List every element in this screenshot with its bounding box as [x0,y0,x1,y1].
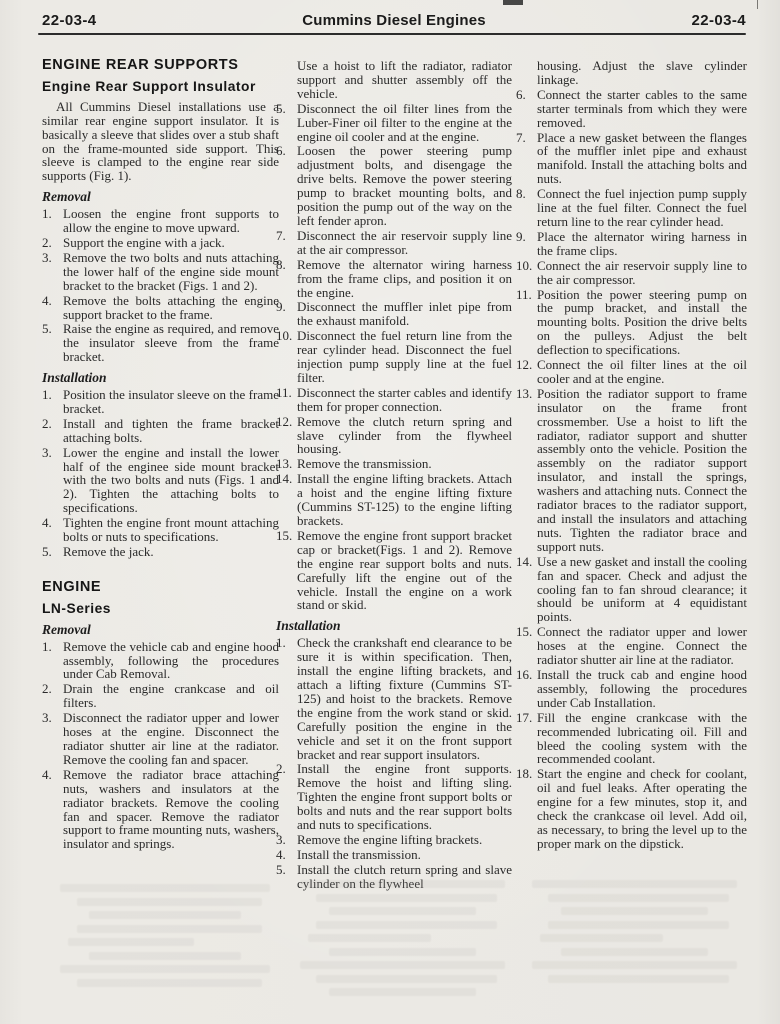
list-item-text: Support the engine with a jack. [63,236,279,250]
list-item-number: 1. [42,207,63,235]
list-item-text: Position the insulator sleeve on the fra… [63,388,279,416]
list-item: 4.Remove the bolts attaching the engine … [42,294,279,322]
list-item-text: Install the engine front supports. Remov… [297,762,512,832]
list-item: 3.Disconnect the radiator upper and lowe… [42,711,279,767]
list-item-text: Remove the clutch return spring and slav… [297,415,512,457]
continuation-paragraph: housing. Adjust the slave cylinder linka… [516,59,747,87]
column-center: Use a hoist to lift the radiator, radiat… [276,59,512,892]
list-item: 2.Install and tighten the frame bracket … [42,417,279,445]
list-item: 17.Fill the engine crankcase with the re… [516,711,747,767]
column-right: housing. Adjust the slave cylinder linka… [516,59,747,852]
list-item: 18.Start the engine and check for coolan… [516,767,747,850]
section-heading: ENGINE REAR SUPPORTS [42,59,279,73]
list-item: 15.Remove the engine front support brack… [276,529,512,612]
list-item-number: 12. [516,358,537,386]
list-item-text: Lower the engine and install the lower h… [63,446,279,516]
list-item-text: Connect the air reservoir supply line to… [537,259,747,287]
numbered-list: 1.Check the crankshaft end clearance to … [276,636,512,890]
list-item-text: Loosen the power steering pump adjustmen… [297,144,512,227]
list-item: 3.Lower the engine and install the lower… [42,446,279,516]
list-item: 8.Connect the fuel injection pump supply… [516,187,747,229]
list-item-number: 5. [42,545,63,559]
procedure-heading: Removal [42,190,279,204]
list-item-number: 12. [276,415,297,457]
list-item-text: Start the engine and check for coolant, … [537,767,747,850]
list-item-text: Disconnect the radiator upper and lower … [63,711,279,767]
list-item-number: 7. [276,229,297,257]
list-item-text: Loosen the engine front supports to allo… [63,207,279,235]
list-item-number: 3. [42,251,63,293]
list-item-number: 2. [42,236,63,250]
list-item-number: 6. [276,144,297,227]
list-item-number: 14. [276,472,297,528]
procedure-heading: Installation [276,619,512,633]
list-item: 2.Install the engine front supports. Rem… [276,762,512,832]
scan-artifact-mark [503,0,523,5]
bleed-through-ghost-text [60,884,270,992]
list-item-text: Install and tighten the frame bracket at… [63,417,279,445]
list-item: 13.Remove the transmission. [276,457,512,471]
page-header: 22-03-4 Cummins Diesel Engines 22-03-4 [42,10,746,32]
numbered-list: 1.Loosen the engine front supports to al… [42,207,279,364]
list-item: 6.Connect the starter cables to the same… [516,88,747,130]
list-item-text: Remove the transmission. [297,457,512,471]
list-item: 15.Connect the radiator upper and lower … [516,625,747,667]
list-item-text: Remove the jack. [63,545,279,559]
list-item-number: 16. [516,668,537,710]
page-number-right: 22-03-4 [691,12,746,29]
sub-heading: LN-Series [42,602,279,616]
list-item-text: Disconnect the starter cables and identi… [297,386,512,414]
list-item-text: Remove the engine lifting brackets. [297,833,512,847]
list-item-number: 17. [516,711,537,767]
list-item-text: Tighten the engine front mount attaching… [63,516,279,544]
list-item-text: Use a new gasket and install the cooling… [537,555,747,625]
list-item-number: 3. [276,833,297,847]
list-item: 3.Remove the two bolts and nuts attachin… [42,251,279,293]
list-item-number: 8. [276,258,297,300]
list-item: 5.Remove the jack. [42,545,279,559]
list-item-number: 11. [516,288,537,358]
header-rule [38,33,746,35]
list-item: 14.Use a new gasket and install the cool… [516,555,747,625]
numbered-list: 1.Remove the vehicle cab and engine hood… [42,640,279,852]
list-item-number: 11. [276,386,297,414]
list-item-number: 15. [516,625,537,667]
list-item-number: 4. [42,294,63,322]
list-item-number: 18. [516,767,537,850]
list-item-text: Drain the engine crankcase and oil filte… [63,682,279,710]
list-item-text: Check the crankshaft end clearance to be… [297,636,512,761]
list-item: 3.Remove the engine lifting brackets. [276,833,512,847]
list-item: 5.Raise the engine as required, and remo… [42,322,279,364]
list-item-number: 14. [516,555,537,625]
list-item-text: Disconnect the fuel return line from the… [297,329,512,385]
list-item: 2.Support the engine with a jack. [42,236,279,250]
list-item-text: Connect the radiator upper and lower hos… [537,625,747,667]
paragraph: All Cummins Diesel installations use a s… [42,100,279,183]
list-item-text: Connect the oil filter lines at the oil … [537,358,747,386]
column-left: ENGINE REAR SUPPORTSEngine Rear Support … [42,59,279,852]
list-item: 5.Disconnect the oil filter lines from t… [276,102,512,144]
list-item-number: 2. [42,682,63,710]
page-title: Cummins Diesel Engines [42,12,746,29]
list-item-number: 13. [276,457,297,471]
list-item: 11.Disconnect the starter cables and ide… [276,386,512,414]
list-item-text: Remove the two bolts and nuts attaching … [63,251,279,293]
list-item-text: Install the truck cab and engine hood as… [537,668,747,710]
list-item: 4.Tighten the engine front mount attachi… [42,516,279,544]
list-item: 7.Disconnect the air reservoir supply li… [276,229,512,257]
list-item: 8.Remove the alternator wiring harness f… [276,258,512,300]
list-item-text: Disconnect the oil filter lines from the… [297,102,512,144]
list-item-number: 10. [276,329,297,385]
list-item-number: 9. [516,230,537,258]
list-item-text: Remove the alternator wiring harness fro… [297,258,512,300]
list-item: 12.Remove the clutch return spring and s… [276,415,512,457]
list-item-text: Raise the engine as required, and remove… [63,322,279,364]
list-item: 4.Install the transmission. [276,848,512,862]
list-item-number: 3. [42,711,63,767]
list-item: 16.Install the truck cab and engine hood… [516,668,747,710]
bleed-through-ghost-text [532,880,737,988]
list-item: 12.Connect the oil filter lines at the o… [516,358,747,386]
list-item-text: Remove the bolts attaching the engine su… [63,294,279,322]
continuation-paragraph: Use a hoist to lift the radiator, radiat… [276,59,512,101]
list-item: 9.Disconnect the muffler inlet pipe from… [276,300,512,328]
numbered-list: 6.Connect the starter cables to the same… [516,88,747,851]
list-item-text: Place a new gasket between the flanges o… [537,131,747,187]
sub-heading: Engine Rear Support Insulator [42,80,279,94]
list-item-text: Fill the engine crankcase with the recom… [537,711,747,767]
list-item: 1.Position the insulator sleeve on the f… [42,388,279,416]
list-item-number: 13. [516,387,537,554]
list-item-text: Place the alternator wiring harness in t… [537,230,747,258]
list-item: 1.Remove the vehicle cab and engine hood… [42,640,279,682]
section-heading: ENGINE [42,581,279,595]
list-item-number: 4. [42,516,63,544]
list-item-number: 2. [276,762,297,832]
list-item-number: 1. [42,388,63,416]
list-item-text: Remove the vehicle cab and engine hood a… [63,640,279,682]
list-item: 10.Disconnect the fuel return line from … [276,329,512,385]
list-item-number: 9. [276,300,297,328]
numbered-list: 5.Disconnect the oil filter lines from t… [276,102,512,613]
list-item-number: 1. [42,640,63,682]
list-item: 4.Remove the radiator brace attaching nu… [42,768,279,851]
list-item-number: 10. [516,259,537,287]
list-item: 13.Position the radiator support to fram… [516,387,747,554]
list-item-text: Install the engine lifting brackets. Att… [297,472,512,528]
list-item-text: Position the power steering pump on the … [537,288,747,358]
numbered-list: 1.Position the insulator sleeve on the f… [42,388,279,559]
list-item-number: 8. [516,187,537,229]
scan-artifact-tick [757,0,758,9]
list-item-text: Disconnect the air reservoir supply line… [297,229,512,257]
list-item: 6.Loosen the power steering pump adjustm… [276,144,512,227]
list-item-text: Position the radiator support to frame i… [537,387,747,554]
list-item: 7.Place a new gasket between the flanges… [516,131,747,187]
list-item-text: Connect the fuel injection pump supply l… [537,187,747,229]
list-item: 11.Position the power steering pump on t… [516,288,747,358]
list-item-text: Remove the engine front support bracket … [297,529,512,612]
list-item-number: 5. [276,863,297,891]
list-item: 1.Check the crankshaft end clearance to … [276,636,512,761]
list-item-number: 4. [276,848,297,862]
list-item-number: 6. [516,88,537,130]
list-item: 9.Place the alternator wiring harness in… [516,230,747,258]
list-item: 10.Connect the air reservoir supply line… [516,259,747,287]
list-item-number: 1. [276,636,297,761]
list-item-text: Connect the starter cables to the same s… [537,88,747,130]
list-item-number: 2. [42,417,63,445]
procedure-heading: Installation [42,371,279,385]
list-item-number: 15. [276,529,297,612]
manual-page: 22-03-4 Cummins Diesel Engines 22-03-4 E… [0,0,780,1024]
list-item-number: 5. [42,322,63,364]
list-item-text: Remove the radiator brace attaching nuts… [63,768,279,851]
list-item: 2.Drain the engine crankcase and oil fil… [42,682,279,710]
list-item: 1.Loosen the engine front supports to al… [42,207,279,235]
list-item-text: Install the transmission. [297,848,512,862]
list-item-number: 5. [276,102,297,144]
procedure-heading: Removal [42,623,279,637]
list-item-text: Disconnect the muffler inlet pipe from t… [297,300,512,328]
list-item-number: 4. [42,768,63,851]
list-item: 14.Install the engine lifting brackets. … [276,472,512,528]
list-item-number: 3. [42,446,63,516]
list-item-number: 7. [516,131,537,187]
bleed-through-ghost-text [300,880,505,1002]
